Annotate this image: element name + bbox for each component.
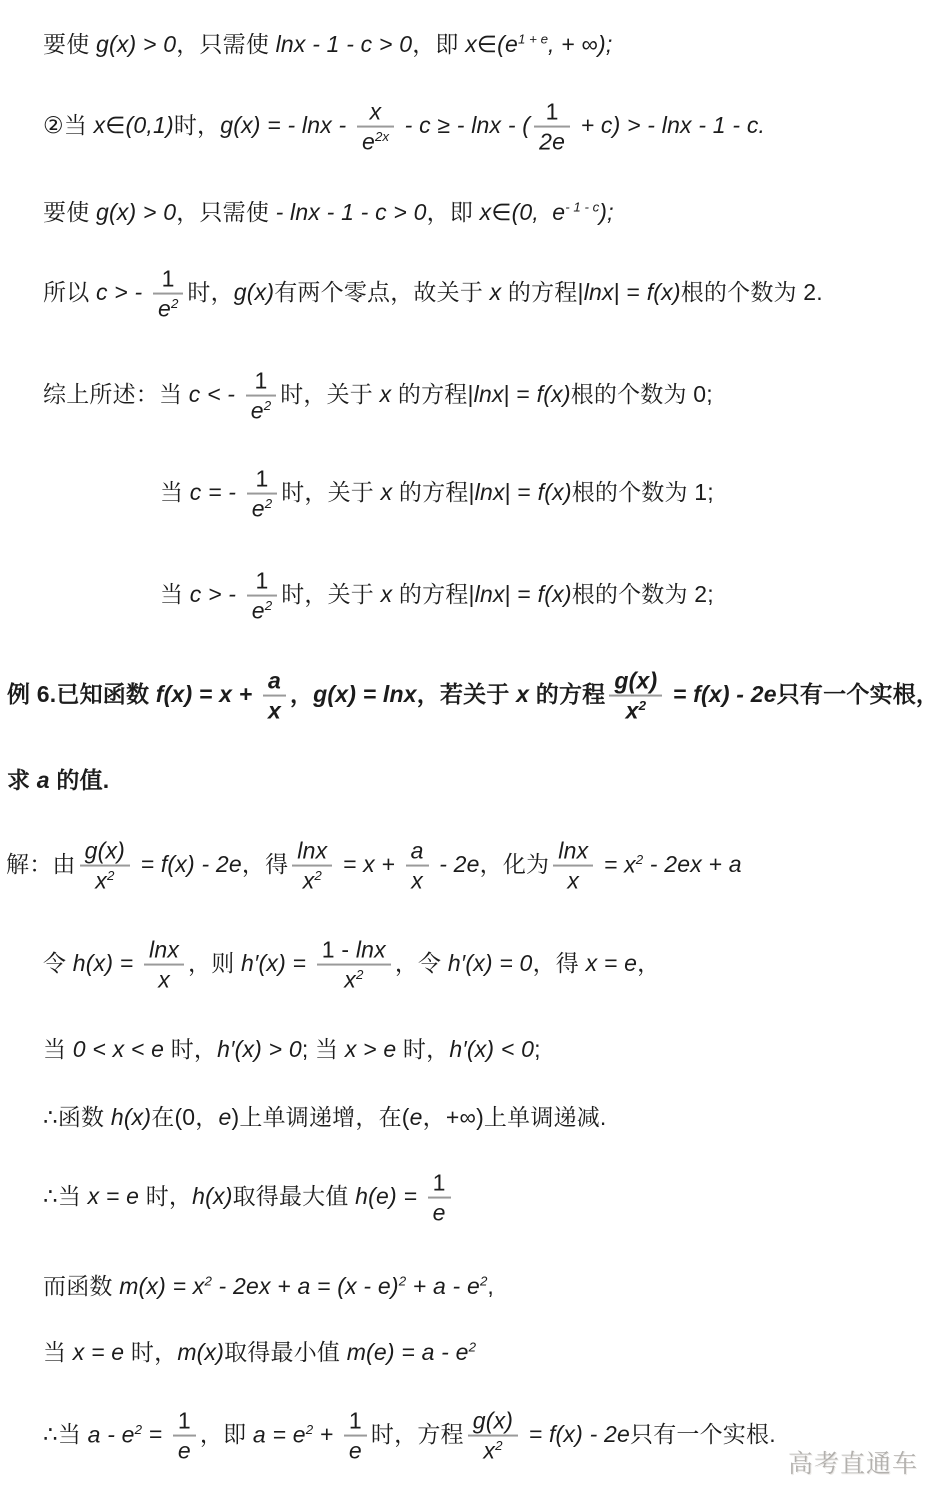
text-run: 1 (178, 1408, 191, 1434)
math-run: e (219, 1104, 232, 1130)
superscript: 2 (171, 296, 178, 311)
text-line: 例 6.已知函数 f(x) = x + ax，g(x) = lnx，若关于 x … (7, 667, 931, 726)
fraction-denominator: x (263, 695, 286, 725)
math-run: lnx (475, 479, 505, 505)
math-run: a (411, 838, 424, 864)
text-run: 当 (43, 1339, 73, 1365)
math-run: = x + (336, 851, 401, 877)
fraction: 1 - lnxx2 (317, 936, 391, 995)
math-run: f(x) = x + (156, 681, 259, 707)
superscript: 2 (495, 1438, 502, 1453)
math-run: - c ≥ - lnx - ( (398, 112, 530, 138)
math-run: f(x) (647, 279, 681, 305)
text-run: 1 - (322, 937, 356, 963)
math-run: x (380, 381, 392, 407)
text-run: 1 (349, 1408, 362, 1434)
math-run: m(e) = a - e2 (347, 1339, 476, 1365)
math-run: e2 (158, 296, 178, 322)
math-run: e2x (362, 129, 389, 155)
text-run: 有两个零点，故关于 (274, 279, 489, 305)
fraction-denominator: x2 (80, 865, 130, 895)
math-run: ); (599, 199, 613, 225)
text-run: ，只需使 (176, 31, 275, 57)
text-run: ，即 (427, 199, 480, 225)
text-line: 当 c = - 1e2时，关于 x 的方程|lnx| = f(x)根的个数为 1… (160, 465, 714, 524)
text-run: 的方程 (529, 681, 605, 707)
watermark: 高考直通车 (788, 1444, 918, 1480)
math-run: e (178, 1438, 191, 1464)
math-run: - lnx - 1 - c > 0 (276, 199, 427, 225)
math-run: x > e (345, 1036, 397, 1062)
text-line: 令 h(x) = lnxx，则 h′(x) = 1 - lnxx2，令 h′(x… (43, 936, 660, 995)
fraction-denominator: 2e (534, 126, 570, 156)
fraction-denominator: x2 (468, 1435, 518, 1465)
text-run: )上单调递增，在( (232, 1104, 410, 1130)
fraction-numerator: 1 (247, 567, 277, 595)
fraction: 1e2 (247, 567, 277, 626)
math-run: h′(x) < 0 (449, 1036, 534, 1062)
math-run: lnx (297, 838, 327, 864)
text-run: 求 (7, 767, 37, 793)
superscript: 2 (639, 698, 646, 713)
math-run: a = e2 (253, 1421, 313, 1447)
text-run: 时， (164, 1036, 217, 1062)
math-run: x∈(e1 + e (465, 31, 548, 57)
text-run: ∴当 (43, 1421, 88, 1447)
superscript: 2 (265, 598, 272, 613)
math-run: h(x) (192, 1183, 232, 1209)
fraction-numerator: a (263, 667, 286, 695)
math-run: x2 (344, 967, 363, 993)
text-run: 1 (546, 99, 559, 125)
math-run: x2 (303, 868, 322, 894)
text-run: ， (637, 950, 660, 976)
superscript: - 1 - c (565, 199, 599, 214)
math-run: 2e (539, 129, 565, 155)
math-run: 0 < x < e (73, 1036, 164, 1062)
fraction: lnxx2 (292, 837, 332, 896)
text-run: 1 (433, 1170, 446, 1196)
text-run: | = (505, 581, 538, 607)
fraction-denominator: e2 (246, 395, 276, 425)
fraction-numerator: g(x) (609, 667, 662, 695)
text-run: 只有一个实根， (777, 681, 931, 707)
math-run: x2 (95, 868, 114, 894)
text-run: 综上所述：当 (43, 381, 189, 407)
text-run: 的值. (50, 767, 110, 793)
fraction-denominator: e2 (153, 293, 183, 323)
text-line: 当 c > - 1e2时，关于 x 的方程|lnx| = f(x)根的个数为 2… (160, 567, 714, 626)
math-run: x2 (483, 1438, 502, 1464)
math-run: lnx (584, 279, 614, 305)
math-run: x (516, 681, 529, 707)
text-run: 时， (396, 1036, 449, 1062)
text-run: 令 (43, 950, 73, 976)
text-run: 1 (254, 368, 267, 394)
math-run: f(x) (538, 581, 572, 607)
fraction-numerator: 1 - lnx (317, 936, 391, 964)
text-run: 的方程| (392, 581, 474, 607)
math-run: x = e (88, 1183, 140, 1209)
math-run: e2 (251, 398, 271, 424)
text-run: 时， (139, 1183, 192, 1209)
superscript: 2 (264, 398, 271, 413)
math-run: x (370, 99, 382, 125)
text-run: 当 (43, 1036, 73, 1062)
math-run: - 2ex + a = (x - e)2 (212, 1273, 406, 1299)
text-run: 根的个数为 2. (681, 279, 823, 305)
text-run: ，+∞)上单调递减. (423, 1104, 607, 1130)
math-run: lnx - 1 - c > 0 (276, 31, 413, 57)
math-run: lnx (474, 381, 504, 407)
text-line: 要使 g(x) > 0，只需使 lnx - 1 - c > 0，即 x∈(e1 … (43, 29, 612, 59)
text-run: 根的个数为 2; (572, 581, 714, 607)
math-run: - 2e (433, 851, 480, 877)
fraction: 1e (344, 1407, 367, 1466)
math-run: = f(x) - 2e (522, 1421, 630, 1447)
fraction-denominator: x2 (292, 865, 332, 895)
math-run: c > - (96, 279, 149, 305)
fraction-denominator: e2 (247, 493, 277, 523)
math-run: a (268, 668, 281, 694)
text-run: 1 (255, 466, 268, 492)
math-run: g(x) = lnx (313, 681, 417, 707)
math-run: g(x) (473, 1408, 513, 1434)
text-run: | = (504, 381, 537, 407)
fraction: g(x)x2 (80, 837, 130, 896)
text-run: 1 (255, 568, 268, 594)
superscript: 2 (306, 1421, 313, 1436)
math-run: g(x) > 0 (96, 199, 176, 225)
text-run: 的方程| (392, 479, 474, 505)
math-run: e (349, 1438, 362, 1464)
superscript: 2 (135, 1421, 142, 1436)
math-run: x (411, 868, 423, 894)
text-run: 根的个数为 0; (571, 381, 713, 407)
text-line: ∴当 x = e 时，h(x)取得最大值 h(e) = 1e (43, 1169, 455, 1228)
text-run: ， (290, 681, 313, 707)
math-run: - 2ex + a (643, 851, 742, 877)
superscript: 2 (314, 868, 321, 883)
superscript: 2 (469, 1339, 476, 1354)
text-line: ∴函数 h(x)在(0，e)上单调递增，在(e，+∞)上单调递减. (43, 1102, 607, 1132)
math-run: h(e) = (355, 1183, 424, 1209)
math-run: h′(x) = (241, 950, 313, 976)
fraction-numerator: 1 (428, 1169, 451, 1197)
fraction-denominator: e (344, 1435, 367, 1465)
text-run: 的方程| (501, 279, 583, 305)
superscript: 2 (205, 1273, 212, 1288)
text-run: 取得最小值 (224, 1339, 347, 1365)
math-run: x = e (586, 950, 638, 976)
text-run: 解：由 (6, 851, 76, 877)
text-run: ，只需使 (176, 199, 275, 225)
math-run: c < - (189, 381, 242, 407)
superscript: 2 (356, 967, 363, 982)
fraction-numerator: g(x) (80, 837, 130, 865)
math-run: a (37, 767, 50, 793)
fraction: 1e2 (247, 465, 277, 524)
text-run: 在(0， (151, 1104, 218, 1130)
fraction: 1e (428, 1169, 451, 1228)
math-run: x = e (73, 1339, 125, 1365)
text-run: 1 (162, 266, 175, 292)
fraction: lnxx (144, 936, 184, 995)
fraction-denominator: x2 (317, 964, 391, 994)
fraction-denominator: e2x (357, 126, 394, 156)
fraction-numerator: lnx (553, 837, 593, 865)
fraction: 1e (173, 1407, 196, 1466)
fraction-denominator: e (428, 1197, 451, 1227)
text-run: 要使 (43, 199, 96, 225)
superscript: 2 (107, 868, 114, 883)
math-run: h(x) (111, 1104, 151, 1130)
math-run: x (268, 698, 281, 724)
text-run: 而函数 (43, 1273, 119, 1299)
math-run: x (567, 868, 579, 894)
math-run: f(x) (538, 479, 572, 505)
text-run: ，即 (412, 31, 465, 57)
text-run: | = (505, 479, 538, 505)
text-run: ，令 (395, 950, 448, 976)
math-run: x∈(0, e- 1 - c (480, 199, 600, 225)
text-line: ∴当 a - e2 = 1e，即 a = e2 + 1e时，方程g(x)x2 =… (43, 1407, 776, 1466)
math-run: x2 (626, 698, 646, 724)
text-run: 时，关于 (281, 479, 380, 505)
fraction-denominator: x (144, 964, 184, 994)
math-run: + c) > - lnx - 1 - c. (574, 112, 765, 138)
math-run: lnx (356, 937, 386, 963)
math-run: lnx (149, 937, 179, 963)
fraction: g(x)x2 (468, 1407, 518, 1466)
text-run: ; 当 (302, 1036, 345, 1062)
math-run: g(x) (85, 838, 125, 864)
text-run: ∴当 (43, 1183, 88, 1209)
fraction-numerator: 1 (246, 367, 276, 395)
text-run: ②当 (43, 112, 94, 138)
text-line: 解：由g(x)x2 = f(x) - 2e，得lnxx2 = x + ax - … (6, 837, 742, 896)
text-line: 所以 c > - 1e2时，g(x)有两个零点，故关于 x 的方程|lnx| =… (43, 265, 823, 324)
text-run: 取得最大值 (233, 1183, 356, 1209)
math-run: h(x) = (73, 950, 140, 976)
math-run: g(x) (614, 668, 657, 694)
text-run: 根的个数为 1; (572, 479, 714, 505)
math-run: h′(x) = 0 (448, 950, 533, 976)
text-line: 当 x = e 时，m(x)取得最小值 m(e) = a - e2 (43, 1337, 476, 1367)
math-run: x (381, 581, 393, 607)
fraction-denominator: x2 (609, 695, 662, 725)
math-run: lnx (558, 838, 588, 864)
math-run: e (433, 1200, 446, 1226)
math-run: x (381, 479, 393, 505)
math-run: = x2 (597, 851, 643, 877)
math-run: + (313, 1421, 340, 1447)
text-run: 要使 (43, 31, 96, 57)
text-run: ，化为 (480, 851, 550, 877)
superscript: 2x (375, 129, 389, 144)
text-run: 时， (174, 112, 220, 138)
math-run: e (410, 1104, 423, 1130)
fraction-numerator: 1 (534, 98, 570, 126)
fraction-numerator: 1 (173, 1407, 196, 1435)
math-run: e2 (252, 496, 272, 522)
text-line: ②当 x∈(0,1)时，g(x) = - lnx - xe2x - c ≥ - … (43, 98, 765, 157)
math-run: h′(x) > 0 (217, 1036, 302, 1062)
fraction-denominator: e2 (247, 595, 277, 625)
fraction: ax (406, 837, 429, 896)
math-run: c = - (190, 479, 243, 505)
math-run: + a - e2 (406, 1273, 487, 1299)
math-run: g(x) (234, 279, 274, 305)
math-run: g(x) = - lnx - (220, 112, 353, 138)
text-run: 时， (124, 1339, 177, 1365)
superscript: 1 + e (518, 31, 548, 46)
text-run: ∴函数 (43, 1104, 111, 1130)
fraction-numerator: lnx (292, 837, 332, 865)
fraction-numerator: g(x) (468, 1407, 518, 1435)
math-run: x (490, 279, 502, 305)
fraction-numerator: a (406, 837, 429, 865)
fraction: lnxx (553, 837, 593, 896)
math-run: , + ∞); (548, 31, 612, 57)
document-page: 要使 g(x) > 0，只需使 lnx - 1 - c > 0，即 x∈(e1 … (0, 0, 931, 1498)
math-run: g(x) > 0 (96, 31, 176, 57)
text-run: 时，关于 (280, 381, 379, 407)
text-line: 求 a 的值. (7, 765, 109, 795)
fraction: 12e (534, 98, 570, 157)
text-run: ，得 (242, 851, 288, 877)
text-run: 时， (187, 279, 233, 305)
fraction-numerator: lnx (144, 936, 184, 964)
fraction: 1e2 (153, 265, 183, 324)
text-run: 的方程| (391, 381, 473, 407)
text-run: 例 6.已知函数 (7, 681, 156, 707)
text-run: 当 (160, 581, 190, 607)
text-run: ，得 (533, 950, 586, 976)
fraction-numerator: 1 (153, 265, 183, 293)
text-run: 时，关于 (281, 581, 380, 607)
math-run: = f(x) - 2e (134, 851, 242, 877)
text-run: , (487, 1273, 494, 1299)
math-run: x∈(0,1) (94, 112, 174, 138)
text-run: 所以 (43, 279, 96, 305)
math-run: e2 (252, 598, 272, 624)
fraction: xe2x (357, 98, 394, 157)
text-run: 当 (160, 479, 190, 505)
math-run: x (158, 967, 170, 993)
fraction-numerator: 1 (247, 465, 277, 493)
text-run: ，即 (200, 1421, 253, 1447)
text-line: 综上所述：当 c < - 1e2时，关于 x 的方程|lnx| = f(x)根的… (43, 367, 713, 426)
text-run: | = (614, 279, 647, 305)
math-run: c > - (190, 581, 243, 607)
fraction-denominator: e (173, 1435, 196, 1465)
fraction-numerator: x (357, 98, 394, 126)
text-run: ，若关于 (417, 681, 516, 707)
math-run: lnx (475, 581, 505, 607)
fraction-numerator: 1 (344, 1407, 367, 1435)
text-run: ; (534, 1036, 541, 1062)
text-line: 要使 g(x) > 0，只需使 - lnx - 1 - c > 0，即 x∈(0… (43, 197, 614, 227)
text-line: 而函数 m(x) = x2 - 2ex + a = (x - e)2 + a -… (43, 1271, 494, 1301)
fraction-denominator: x (406, 865, 429, 895)
math-run: m(x) (177, 1339, 224, 1365)
math-run: f(x) (537, 381, 571, 407)
text-run: 只有一个实根. (630, 1421, 776, 1447)
text-line: 当 0 < x < e 时，h′(x) > 0; 当 x > e 时，h′(x)… (43, 1034, 541, 1064)
text-run: 时，方程 (371, 1421, 464, 1447)
text-run: ，则 (188, 950, 241, 976)
fraction: ax (263, 667, 286, 726)
fraction-denominator: x (553, 865, 593, 895)
math-run: = (142, 1421, 169, 1447)
fraction: g(x)x2 (609, 667, 662, 726)
math-run: = f(x) - 2e (666, 681, 776, 707)
math-run: a - e2 (88, 1421, 142, 1447)
superscript: 2 (265, 496, 272, 511)
math-run: m(x) = x2 (119, 1273, 212, 1299)
fraction: 1e2 (246, 367, 276, 426)
